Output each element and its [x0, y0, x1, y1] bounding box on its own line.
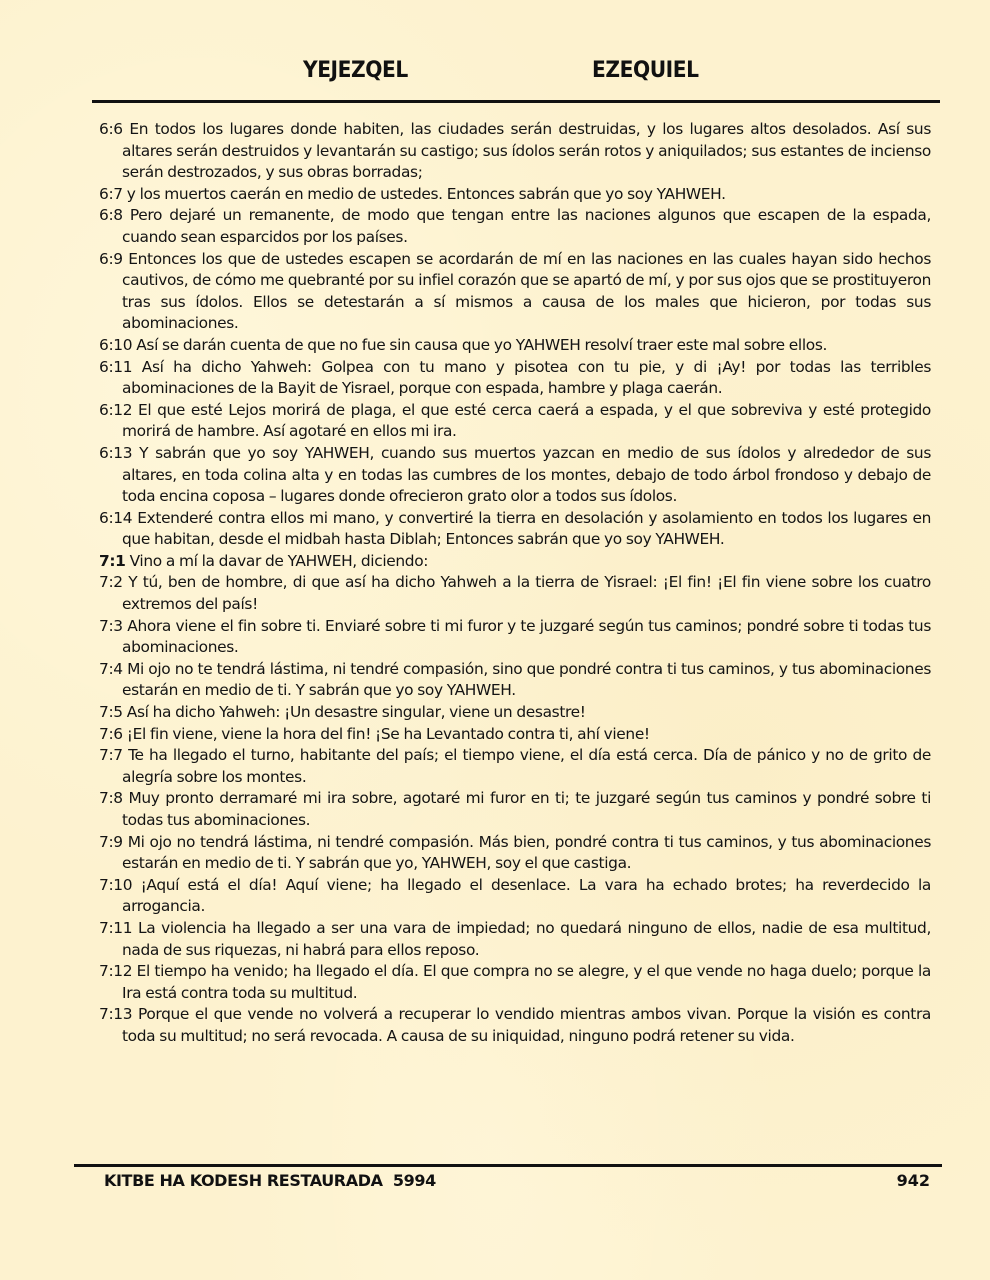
chapter-verse-ref: 7:1 — [99, 552, 126, 570]
verse: 7:8 Muy pronto derramaré mi ira sobre, a… — [99, 788, 931, 831]
verse-ref: 6:13 — [99, 444, 132, 462]
verse-text: ¡El fin viene, viene la hora del fin! ¡S… — [127, 725, 650, 743]
verse: 7:13 Porque el que vende no volverá a re… — [99, 1004, 931, 1047]
verse-text: Muy pronto derramaré mi ira sobre, agota… — [122, 789, 931, 829]
verse-text: El tiempo ha venido; ha llegado el día. … — [122, 962, 931, 1002]
chapter-start-verse: 7:1 Vino a mí la davar de YAHWEH, dicien… — [99, 551, 931, 573]
verse: 7:7 Te ha llegado el turno, habitante de… — [99, 745, 931, 788]
verse-ref: 7:8 — [99, 789, 123, 807]
verse-ref: 6:14 — [99, 509, 132, 527]
verse-text: Porque el que vende no volverá a recuper… — [122, 1005, 931, 1045]
verse: 6:7 y los muertos caerán en medio de ust… — [99, 184, 931, 206]
verse-list: 6:6 En todos los lugares donde habiten, … — [99, 119, 931, 1048]
verse-text: Entonces los que de ustedes escapen se a… — [122, 250, 931, 333]
verse-text: Y sabrán que yo soy YAHWEH, cuando sus m… — [122, 444, 931, 505]
verse: 6:8 Pero dejaré un remanente, de modo qu… — [99, 205, 931, 248]
verse-text: Mi ojo no te tendrá lástima, ni tendré c… — [122, 660, 931, 700]
verse-text: Mi ojo no tendrá lástima, ni tendré comp… — [122, 833, 931, 873]
verse-ref: 7:2 — [99, 573, 123, 591]
verse: 7:4 Mi ojo no te tendrá lástima, ni tend… — [99, 659, 931, 702]
verse: 7:3 Ahora viene el fin sobre ti. Enviaré… — [99, 616, 931, 659]
verse-ref: 6:6 — [99, 120, 123, 138]
verse-text: Te ha llegado el turno, habitante del pa… — [122, 746, 931, 786]
verse-ref: 7:13 — [99, 1005, 132, 1023]
verse-ref: 7:7 — [99, 746, 123, 764]
verse-ref: 6:10 — [99, 336, 132, 354]
verse-text: Ahora viene el fin sobre ti. Enviaré sob… — [122, 617, 931, 657]
verse-ref: 7:4 — [99, 660, 123, 678]
verse-ref: 7:10 — [99, 876, 132, 894]
page-number: 942 — [897, 1171, 930, 1190]
verse-ref: 6:12 — [99, 401, 132, 419]
verse: 6:10 Así se darán cuenta de que no fue s… — [99, 335, 931, 357]
verse: 6:12 El que esté Lejos morirá de plaga, … — [99, 400, 931, 443]
verse: 6:6 En todos los lugares donde habiten, … — [99, 119, 931, 184]
verse-text: La violencia ha llegado a ser una vara d… — [122, 919, 931, 959]
header-divider — [92, 100, 940, 103]
verse-ref: 6:11 — [99, 358, 132, 376]
verse-text: y los muertos caerán en medio de ustedes… — [127, 185, 726, 203]
verse-ref: 7:3 — [99, 617, 123, 635]
verse: 7:10 ¡Aquí está el día! Aquí viene; ha l… — [99, 875, 931, 918]
verse-text: Y tú, ben de hombre, di que así ha dicho… — [122, 573, 931, 613]
verse-text: Así ha dicho Yahweh: ¡Un desastre singul… — [127, 703, 586, 721]
verse-ref: 6:8 — [99, 206, 123, 224]
verse-text: Vino a mí la davar de YAHWEH, diciendo: — [130, 552, 429, 570]
verse-text: En todos los lugares donde habiten, las … — [122, 120, 931, 181]
header-hebrew-book-title: YEJEZQEL — [303, 58, 408, 83]
verse-ref: 6:9 — [99, 250, 123, 268]
verse-ref: 7:11 — [99, 919, 132, 937]
footer-book-title: KITBE HA KODESH RESTAURADA 5994 — [104, 1171, 436, 1190]
verse-text: Pero dejaré un remanente, de modo que te… — [122, 206, 931, 246]
footer-divider — [74, 1164, 942, 1167]
verse: 7:12 El tiempo ha venido; ha llegado el … — [99, 961, 931, 1004]
verse: 7:5 Así ha dicho Yahweh: ¡Un desastre si… — [99, 702, 931, 724]
verse-ref: 7:6 — [99, 725, 123, 743]
verse-ref: 7:12 — [99, 962, 132, 980]
verse: 6:9 Entonces los que de ustedes escapen … — [99, 249, 931, 335]
verse-ref: 7:9 — [99, 833, 123, 851]
verse-text: Así se darán cuenta de que no fue sin ca… — [136, 336, 827, 354]
verse-text: Así ha dicho Yahweh: Golpea con tu mano … — [122, 358, 931, 398]
verse: 6:11 Así ha dicho Yahweh: Golpea con tu … — [99, 357, 931, 400]
verse-text: El que esté Lejos morirá de plaga, el qu… — [122, 401, 931, 441]
verse: 6:13 Y sabrán que yo soy YAHWEH, cuando … — [99, 443, 931, 508]
verse: 7:11 La violencia ha llegado a ser una v… — [99, 918, 931, 961]
verse: 6:14 Extenderé contra ellos mi mano, y c… — [99, 508, 931, 551]
verse-text: ¡Aquí está el día! Aquí viene; ha llegad… — [122, 876, 931, 916]
verse-ref: 6:7 — [99, 185, 123, 203]
page-header: YEJEZQEL EZEQUIEL — [92, 58, 940, 88]
verse: 7:6 ¡El fin viene, viene la hora del fin… — [99, 724, 931, 746]
verse: 7:9 Mi ojo no tendrá lástima, ni tendré … — [99, 832, 931, 875]
verse-text: Extenderé contra ellos mi mano, y conver… — [122, 509, 931, 549]
verse: 7:2 Y tú, ben de hombre, di que así ha d… — [99, 572, 931, 615]
verse-ref: 7:5 — [99, 703, 123, 721]
header-spanish-book-title: EZEQUIEL — [592, 58, 699, 83]
